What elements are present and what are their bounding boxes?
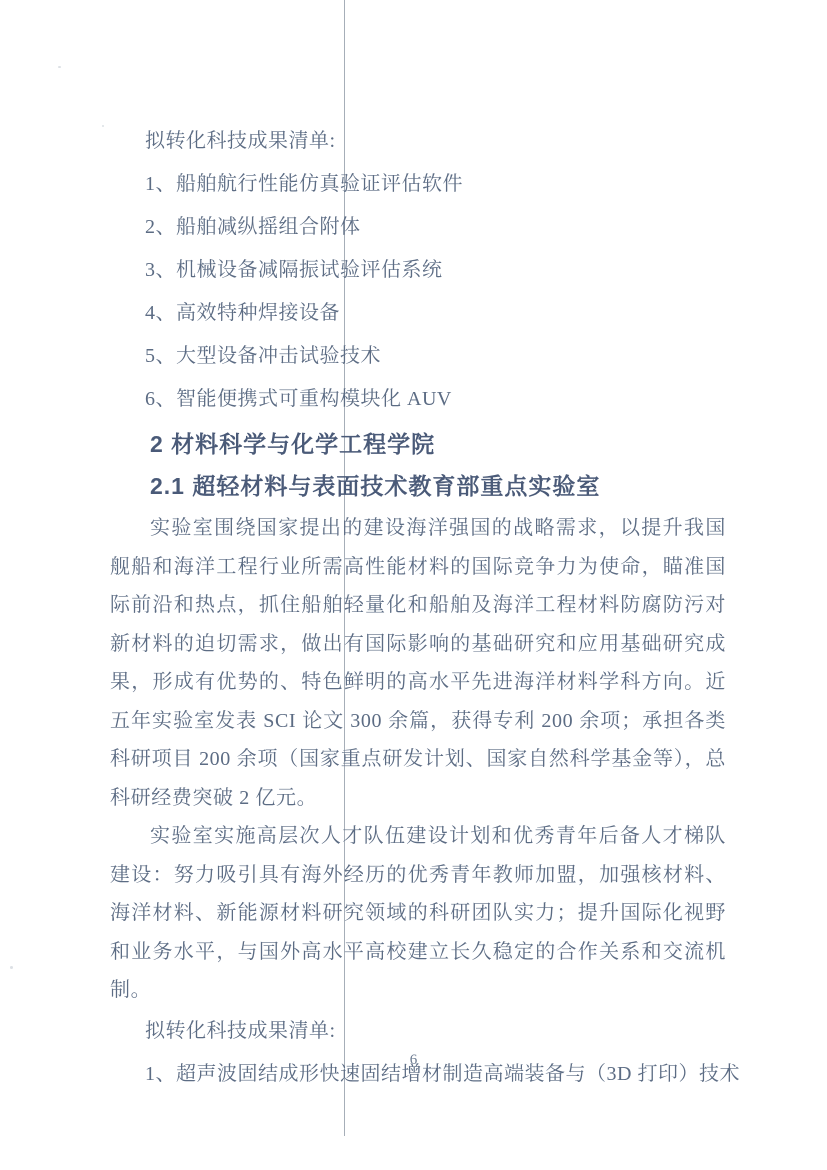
list-item: 5、大型设备冲击试验技术 <box>110 335 726 378</box>
list-header: 拟转化科技成果清单: <box>110 120 726 163</box>
list-item: 4、高效特种焊接设备 <box>110 292 726 335</box>
paragraph-lab-overview: 实验室围绕国家提出的建设海洋强国的战略需求，以提升我国舰船和海洋工程行业所需高性… <box>110 509 726 817</box>
page-content: 拟转化科技成果清单: 1、船舶航行性能仿真验证评估软件 2、船舶减纵摇组合附体 … <box>110 120 726 1096</box>
scan-speck <box>10 966 13 969</box>
document-page: 拟转化科技成果清单: 1、船舶航行性能仿真验证评估软件 2、船舶减纵摇组合附体 … <box>0 0 827 1170</box>
list-item: 3、机械设备减隔振试验评估系统 <box>110 249 726 292</box>
subsection-heading: 2.1 超轻材料与表面技术教育部重点实验室 <box>110 465 726 507</box>
list-item: 2、船舶减纵摇组合附体 <box>110 206 726 249</box>
list-header: 拟转化科技成果清单: <box>110 1010 726 1053</box>
list-item: 1、船舶航行性能仿真验证评估软件 <box>110 163 726 206</box>
section-heading: 2 材料科学与化学工程学院 <box>110 423 726 465</box>
page-number: 6 <box>0 1052 827 1069</box>
paragraph-talent-plan: 实验室实施高层次人才队伍建设计划和优秀青年后备人才梯队建设：努力吸引具有海外经历… <box>110 817 726 1010</box>
scan-speck <box>58 66 61 68</box>
scan-speck <box>102 125 104 127</box>
list-item: 6、智能便携式可重构模块化 AUV <box>110 378 726 421</box>
